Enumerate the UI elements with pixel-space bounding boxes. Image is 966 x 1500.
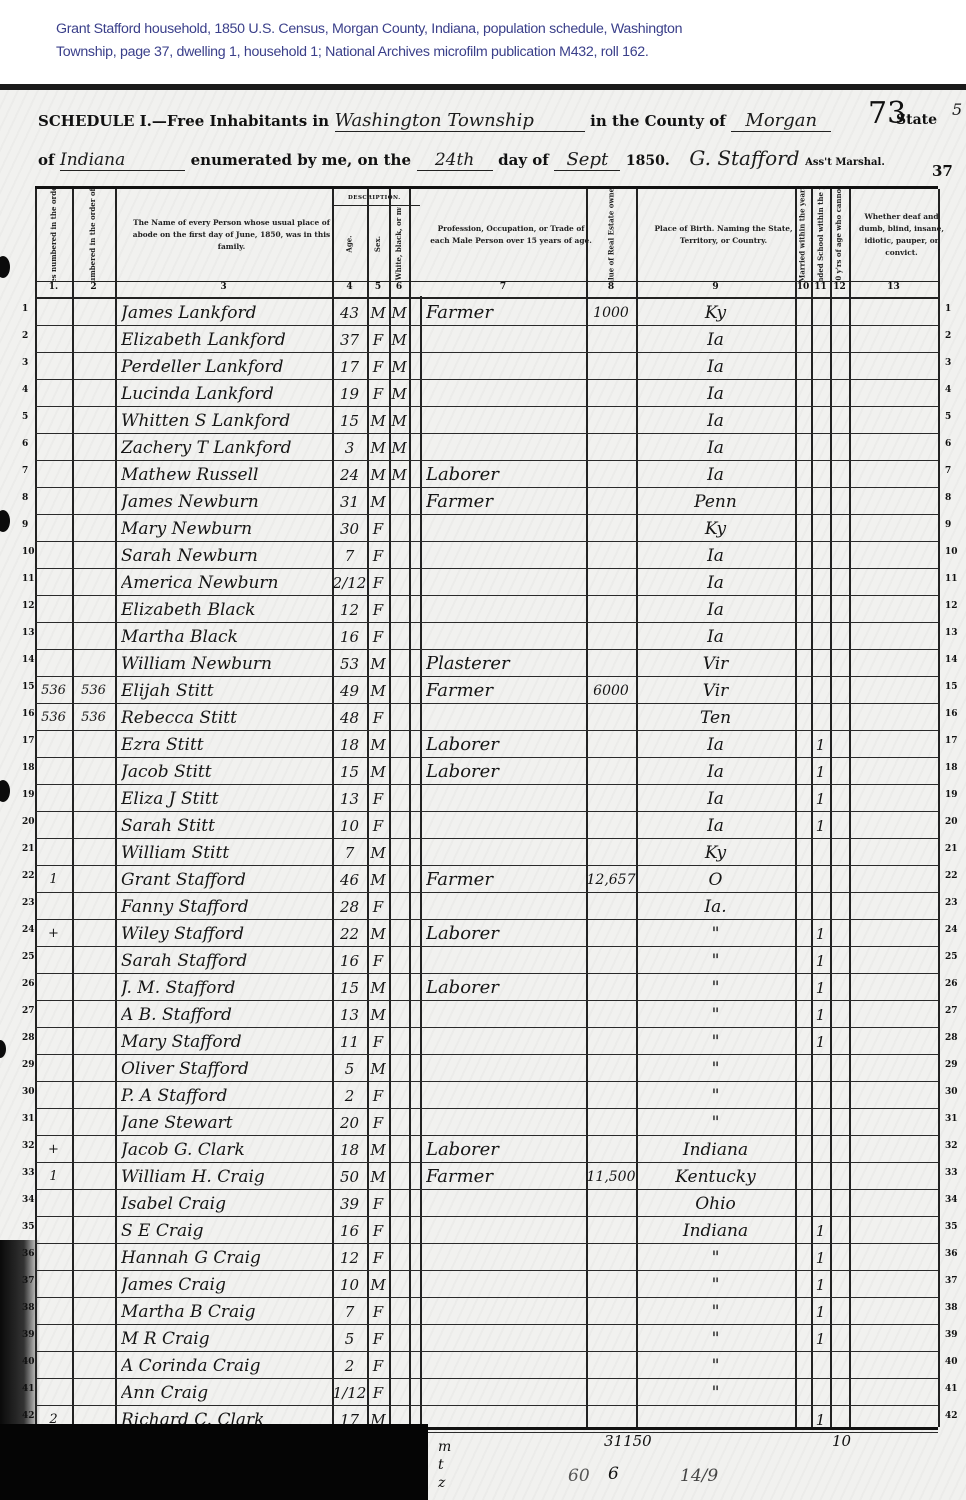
- cell-family: [72, 1085, 115, 1107]
- cell-age: 2: [332, 1355, 367, 1377]
- column-number: 7: [420, 282, 586, 292]
- cell-occupation: [426, 437, 586, 459]
- cell-family: [72, 869, 115, 891]
- cell-color: M: [389, 410, 409, 432]
- cell-birthplace: Ia: [636, 788, 795, 810]
- cell-dwelling: [35, 302, 72, 324]
- cell-occupation: [426, 356, 586, 378]
- line-number-left: 22: [22, 871, 35, 881]
- cell-name: P. A Stafford: [121, 1085, 332, 1107]
- cell-real-estate: [586, 707, 636, 729]
- cell-school: [811, 653, 830, 675]
- cell-school: 1: [811, 1220, 830, 1242]
- line-number-right: 4: [945, 385, 951, 395]
- cell-age: 20: [332, 1112, 367, 1134]
- cell-age: 13: [332, 1004, 367, 1026]
- cell-name: Rebecca Stitt: [121, 707, 332, 729]
- cell-color: [389, 626, 409, 648]
- cell-school: 1: [811, 1274, 830, 1296]
- cell-sex: M: [367, 923, 389, 945]
- cell-family: [72, 1058, 115, 1080]
- total-school: 10: [832, 1432, 851, 1450]
- cell-school: 1: [811, 1031, 830, 1053]
- table-row: Eliza J Stitt13FIa1: [35, 784, 938, 812]
- cell-real-estate: [586, 464, 636, 486]
- cell-dwelling: +: [35, 923, 72, 945]
- cell-occupation: [426, 1409, 586, 1431]
- table-row: Elizabeth Black12FIa: [35, 595, 938, 623]
- cell-occupation: [426, 815, 586, 837]
- cell-dwelling: [35, 1031, 72, 1053]
- column-header-5: Sex.: [369, 207, 387, 281]
- cell-sex: M: [367, 1004, 389, 1026]
- cell-school: [811, 410, 830, 432]
- line-number-right: 25: [945, 952, 958, 962]
- line-number-right: 28: [945, 1033, 958, 1043]
- cell-dwelling: [35, 842, 72, 864]
- cell-birthplace: Ia: [636, 734, 795, 756]
- cell-real-estate: [586, 383, 636, 405]
- cell-birthplace: ": [636, 1085, 795, 1107]
- column-number: 9: [636, 282, 795, 292]
- cell-color: M: [389, 356, 409, 378]
- cell-family: [72, 842, 115, 864]
- cell-name: Ezra Stitt: [121, 734, 332, 756]
- column-header-6: Color, White, black, or mulatto.: [391, 207, 407, 281]
- cell-occupation: [426, 896, 586, 918]
- cell-birthplace: Ia: [636, 815, 795, 837]
- cell-family: [72, 653, 115, 675]
- cell-school: 1: [811, 788, 830, 810]
- line-number-left: 5: [22, 412, 28, 422]
- table-row: 536536Rebecca Stitt48FTen: [35, 703, 938, 731]
- cell-occupation: Farmer: [426, 302, 586, 324]
- cell-family: [72, 761, 115, 783]
- table-row: Whitten S Lankford15MMIa: [35, 406, 938, 434]
- cell-family: [72, 410, 115, 432]
- cell-family: [72, 1220, 115, 1242]
- column-header-label: Married within the year.: [799, 189, 807, 281]
- cell-real-estate: [586, 545, 636, 567]
- cell-dwelling: [35, 356, 72, 378]
- cell-age: 49: [332, 680, 367, 702]
- line-number-right: 13: [945, 628, 958, 638]
- cell-age: 7: [332, 545, 367, 567]
- line-number-right: 26: [945, 979, 958, 989]
- table-row: Oliver Stafford5M": [35, 1054, 938, 1082]
- line-number-left: 37: [22, 1276, 35, 1286]
- cell-occupation: [426, 1058, 586, 1080]
- cell-occupation: [426, 626, 586, 648]
- line-number-right: 36: [945, 1249, 958, 1259]
- cell-dwelling: [35, 410, 72, 432]
- line-number-right: 32: [945, 1141, 958, 1151]
- cell-birthplace: Ia: [636, 329, 795, 351]
- table-row: America Newburn2/12FIa: [35, 568, 938, 596]
- cell-age: 15: [332, 410, 367, 432]
- cell-color: M: [389, 329, 409, 351]
- line-number-left: 26: [22, 979, 35, 989]
- table-row: 536536Elijah Stitt49MFarmer6000Vir: [35, 676, 938, 704]
- column-header-label: Sex.: [374, 236, 382, 252]
- cell-birthplace: Ia: [636, 410, 795, 432]
- table-border: [938, 189, 940, 1427]
- cell-birthplace: Ia: [636, 464, 795, 486]
- cell-color: [389, 1328, 409, 1350]
- cell-age: 12: [332, 599, 367, 621]
- cell-occupation: [426, 1004, 586, 1026]
- line-number-left: 41: [22, 1384, 35, 1394]
- cell-dwelling: [35, 599, 72, 621]
- cell-occupation: [426, 950, 586, 972]
- cell-dwelling: 1: [35, 1166, 72, 1188]
- cell-name: Hannah G Craig: [121, 1247, 332, 1269]
- cell-school: [811, 437, 830, 459]
- cell-name: Martha Black: [121, 626, 332, 648]
- cell-occupation: [426, 1382, 586, 1404]
- line-number-right: 2: [945, 331, 951, 341]
- cell-occupation: Laborer: [426, 977, 586, 999]
- cell-name: Mathew Russell: [121, 464, 332, 486]
- cell-school: 1: [811, 950, 830, 972]
- cell-color: [389, 518, 409, 540]
- line-number-right: 15: [945, 682, 958, 692]
- cell-age: 16: [332, 626, 367, 648]
- cell-color: [389, 1004, 409, 1026]
- cell-birthplace: ": [636, 1274, 795, 1296]
- cell-school: 1: [811, 1004, 830, 1026]
- cell-occupation: Plasterer: [426, 653, 586, 675]
- corner-mark: 5: [952, 100, 962, 119]
- cell-family: [72, 1139, 115, 1161]
- table-row: James Craig10M"1: [35, 1270, 938, 1298]
- cell-real-estate: [586, 1355, 636, 1377]
- cell-family: [72, 815, 115, 837]
- table-row: A B. Stafford13M"1: [35, 1000, 938, 1028]
- cell-occupation: [426, 1085, 586, 1107]
- cell-birthplace: ": [636, 1004, 795, 1026]
- state-label: State: [896, 112, 937, 128]
- cell-real-estate: 11,500: [586, 1166, 636, 1188]
- line-number-left: 10: [22, 547, 35, 557]
- cell-family: [72, 491, 115, 513]
- cell-dwelling: [35, 788, 72, 810]
- line-number-left: 34: [22, 1195, 35, 1205]
- cell-real-estate: [586, 1112, 636, 1134]
- cell-color: [389, 842, 409, 864]
- cell-occupation: [426, 329, 586, 351]
- table-row: Hannah G Craig12F"1: [35, 1243, 938, 1271]
- line-number-right: 34: [945, 1195, 958, 1205]
- cell-occupation: [426, 1112, 586, 1134]
- cell-family: [72, 896, 115, 918]
- cell-color: [389, 572, 409, 594]
- cell-age: 46: [332, 869, 367, 891]
- cell-real-estate: [586, 1220, 636, 1242]
- cell-birthplace: O: [636, 869, 795, 891]
- cell-color: [389, 815, 409, 837]
- cell-school: [811, 1058, 830, 1080]
- cell-age: 10: [332, 815, 367, 837]
- cell-dwelling: [35, 545, 72, 567]
- column-number: 2: [72, 282, 115, 292]
- column-header-label: Age.: [346, 235, 354, 252]
- column-header-12: Persons over 20 y'rs of age who cannot r…: [832, 189, 847, 281]
- cell-family: [72, 1004, 115, 1026]
- cell-occupation: Laborer: [426, 761, 586, 783]
- cell-name: Fanny Stafford: [121, 896, 332, 918]
- cell-name: Eliza J Stitt: [121, 788, 332, 810]
- table-row: Ezra Stitt18MLaborerIa1: [35, 730, 938, 758]
- cell-occupation: Farmer: [426, 491, 586, 513]
- cell-real-estate: [586, 923, 636, 945]
- cell-dwelling: [35, 896, 72, 918]
- cell-sex: M: [367, 653, 389, 675]
- cell-age: 22: [332, 923, 367, 945]
- cell-age: 3: [332, 437, 367, 459]
- cell-birthplace: Ky: [636, 302, 795, 324]
- tally-a: 60: [568, 1466, 590, 1486]
- cell-name: Zachery T Lankford: [121, 437, 332, 459]
- line-number-left: 16: [22, 709, 35, 719]
- line-number-right: 30: [945, 1087, 958, 1097]
- line-number-right: 33: [945, 1168, 958, 1178]
- cell-dwelling: [35, 1301, 72, 1323]
- line-number-right: 29: [945, 1060, 958, 1070]
- line-number-right: 19: [945, 790, 958, 800]
- cell-school: [811, 572, 830, 594]
- line-number-left: 9: [22, 520, 28, 530]
- cell-sex: M: [367, 1274, 389, 1296]
- line-number-left: 20: [22, 817, 35, 827]
- cell-birthplace: Kentucky: [636, 1166, 795, 1188]
- line-number-right: 3: [945, 358, 951, 368]
- line-number-left: 38: [22, 1303, 35, 1313]
- cell-birthplace: ": [636, 1382, 795, 1404]
- line-number-left: 8: [22, 493, 28, 503]
- cell-real-estate: [586, 788, 636, 810]
- cell-age: 5: [332, 1058, 367, 1080]
- column-header-2: Families numbered in the order of visita…: [74, 189, 113, 281]
- cell-occupation: Laborer: [426, 464, 586, 486]
- column-header-1: Dwelling-houses numbered in the order of…: [37, 189, 70, 281]
- cell-sex: F: [367, 950, 389, 972]
- cell-school: 1: [811, 1301, 830, 1323]
- cell-sex: F: [367, 1220, 389, 1242]
- cell-school: [811, 599, 830, 621]
- cell-sex: F: [367, 545, 389, 567]
- cell-occupation: Laborer: [426, 734, 586, 756]
- cell-birthplace: Ia: [636, 545, 795, 567]
- cell-real-estate: [586, 1031, 636, 1053]
- cell-sex: F: [367, 1085, 389, 1107]
- table-row: Isabel Craig39FOhio: [35, 1189, 938, 1217]
- cell-dwelling: [35, 383, 72, 405]
- cell-birthplace: ": [636, 977, 795, 999]
- cell-dwelling: [35, 815, 72, 837]
- cell-dwelling: [35, 1112, 72, 1134]
- cell-sex: M: [367, 1166, 389, 1188]
- cell-age: 15: [332, 977, 367, 999]
- cell-occupation: Farmer: [426, 680, 586, 702]
- column-header-8: Value of Real Estate owned.: [588, 189, 634, 281]
- scan-top-edge: [0, 84, 966, 90]
- cell-name: Elizabeth Lankford: [121, 329, 332, 351]
- cell-real-estate: [586, 356, 636, 378]
- cell-age: 2: [332, 1085, 367, 1107]
- cell-school: 1: [811, 977, 830, 999]
- column-number: 10: [795, 282, 811, 292]
- line-number-right: 21: [945, 844, 958, 854]
- cell-real-estate: 1000: [586, 302, 636, 324]
- cell-name: Grant Stafford: [121, 869, 332, 891]
- cell-real-estate: [586, 518, 636, 540]
- enumerated-label: enumerated by me, on the: [191, 151, 411, 169]
- cell-school: [811, 302, 830, 324]
- cell-age: 39: [332, 1193, 367, 1215]
- table-row: Fanny Stafford28FIa.: [35, 892, 938, 920]
- cell-dwelling: [35, 1274, 72, 1296]
- line-number-left: 4: [22, 385, 28, 395]
- cell-family: [72, 1031, 115, 1053]
- cell-color: [389, 1112, 409, 1134]
- cell-real-estate: [586, 1004, 636, 1026]
- cell-family: [72, 545, 115, 567]
- line-number-left: 13: [22, 628, 35, 638]
- cell-sex: M: [367, 410, 389, 432]
- table-row: William Stitt7MKy: [35, 838, 938, 866]
- cell-family: [72, 626, 115, 648]
- cell-occupation: Laborer: [426, 1139, 586, 1161]
- cell-occupation: [426, 1328, 586, 1350]
- cell-birthplace: Ia: [636, 626, 795, 648]
- cell-sex: F: [367, 1247, 389, 1269]
- column-header-13: Whether deaf and dumb, blind, insane, id…: [851, 189, 952, 281]
- cell-family: [72, 329, 115, 351]
- cell-family: [72, 599, 115, 621]
- cell-color: [389, 1166, 409, 1188]
- cell-sex: F: [367, 1112, 389, 1134]
- cell-dwelling: [35, 1220, 72, 1242]
- cell-school: [811, 383, 830, 405]
- cell-real-estate: [586, 1247, 636, 1269]
- cell-family: [72, 734, 115, 756]
- line-number-left: 23: [22, 898, 35, 908]
- cell-real-estate: 12,657: [586, 869, 636, 891]
- cell-age: 13: [332, 788, 367, 810]
- cell-family: [72, 437, 115, 459]
- cell-sex: F: [367, 1193, 389, 1215]
- cell-school: [811, 842, 830, 864]
- cell-color: [389, 761, 409, 783]
- cell-dwelling: [35, 626, 72, 648]
- table-row: William Newburn53MPlastererVir: [35, 649, 938, 677]
- cell-age: 53: [332, 653, 367, 675]
- cell-real-estate: [586, 761, 636, 783]
- cell-age: 30: [332, 518, 367, 540]
- marshal-signature: G. Stafford: [689, 146, 799, 170]
- line-number-left: 2: [22, 331, 28, 341]
- line-number-left: 3: [22, 358, 28, 368]
- cell-family: [72, 1112, 115, 1134]
- cell-birthplace: Ia: [636, 437, 795, 459]
- cell-dwelling: [35, 329, 72, 351]
- cell-dwelling: [35, 950, 72, 972]
- cell-color: [389, 896, 409, 918]
- column-number: 11: [811, 282, 830, 292]
- line-number-right: 27: [945, 1006, 958, 1016]
- cell-name: James Craig: [121, 1274, 332, 1296]
- cell-color: [389, 1139, 409, 1161]
- cell-sex: F: [367, 626, 389, 648]
- cell-school: [811, 1085, 830, 1107]
- cell-birthplace: Ohio: [636, 1193, 795, 1215]
- cell-color: [389, 923, 409, 945]
- cell-occupation: [426, 1031, 586, 1053]
- state-prefix: of: [38, 151, 54, 169]
- cell-name: Isabel Craig: [121, 1193, 332, 1215]
- line-number-left: 39: [22, 1330, 35, 1340]
- cell-color: [389, 653, 409, 675]
- cell-sex: F: [367, 599, 389, 621]
- cell-age: 5: [332, 1328, 367, 1350]
- cell-real-estate: [586, 653, 636, 675]
- cell-birthplace: Ia: [636, 383, 795, 405]
- cell-color: [389, 1274, 409, 1296]
- cell-sex: M: [367, 437, 389, 459]
- cell-real-estate: [586, 437, 636, 459]
- cell-color: [389, 1193, 409, 1215]
- cell-family: [72, 302, 115, 324]
- cell-dwelling: [35, 1382, 72, 1404]
- cell-birthplace: Ia.: [636, 896, 795, 918]
- line-number-right: 9: [945, 520, 951, 530]
- cell-real-estate: [586, 1058, 636, 1080]
- line-number-right: 39: [945, 1330, 958, 1340]
- cell-age: 16: [332, 950, 367, 972]
- cell-school: [811, 356, 830, 378]
- table-row: 1Grant Stafford46MFarmer12,657O: [35, 865, 938, 893]
- cell-real-estate: [586, 734, 636, 756]
- cell-birthplace: ": [636, 923, 795, 945]
- year-field: 1850.: [626, 153, 670, 169]
- cell-color: [389, 707, 409, 729]
- cell-occupation: [426, 572, 586, 594]
- cell-age: 24: [332, 464, 367, 486]
- cell-sex: F: [367, 329, 389, 351]
- cell-color: [389, 869, 409, 891]
- table-row: James Newburn31MFarmerPenn: [35, 487, 938, 515]
- cell-real-estate: [586, 626, 636, 648]
- cell-family: [72, 977, 115, 999]
- cell-real-estate: [586, 1328, 636, 1350]
- column-header-3: The Name of every Person whose usual pla…: [117, 189, 346, 281]
- cell-family: 536: [72, 707, 115, 729]
- cell-name: M R Craig: [121, 1328, 332, 1350]
- cell-sex: F: [367, 1382, 389, 1404]
- cell-age: 16: [332, 1220, 367, 1242]
- cell-color: M: [389, 302, 409, 324]
- cell-dwelling: [35, 1247, 72, 1269]
- line-number-left: 18: [22, 763, 35, 773]
- cell-real-estate: [586, 410, 636, 432]
- cell-real-estate: [586, 977, 636, 999]
- cell-color: [389, 491, 409, 513]
- cell-name: Mary Newburn: [121, 518, 332, 540]
- cell-age: 50: [332, 1166, 367, 1188]
- cell-age: 48: [332, 707, 367, 729]
- schedule-title-line: SCHEDULE I.—Free Inhabitants in Washingt…: [38, 110, 831, 132]
